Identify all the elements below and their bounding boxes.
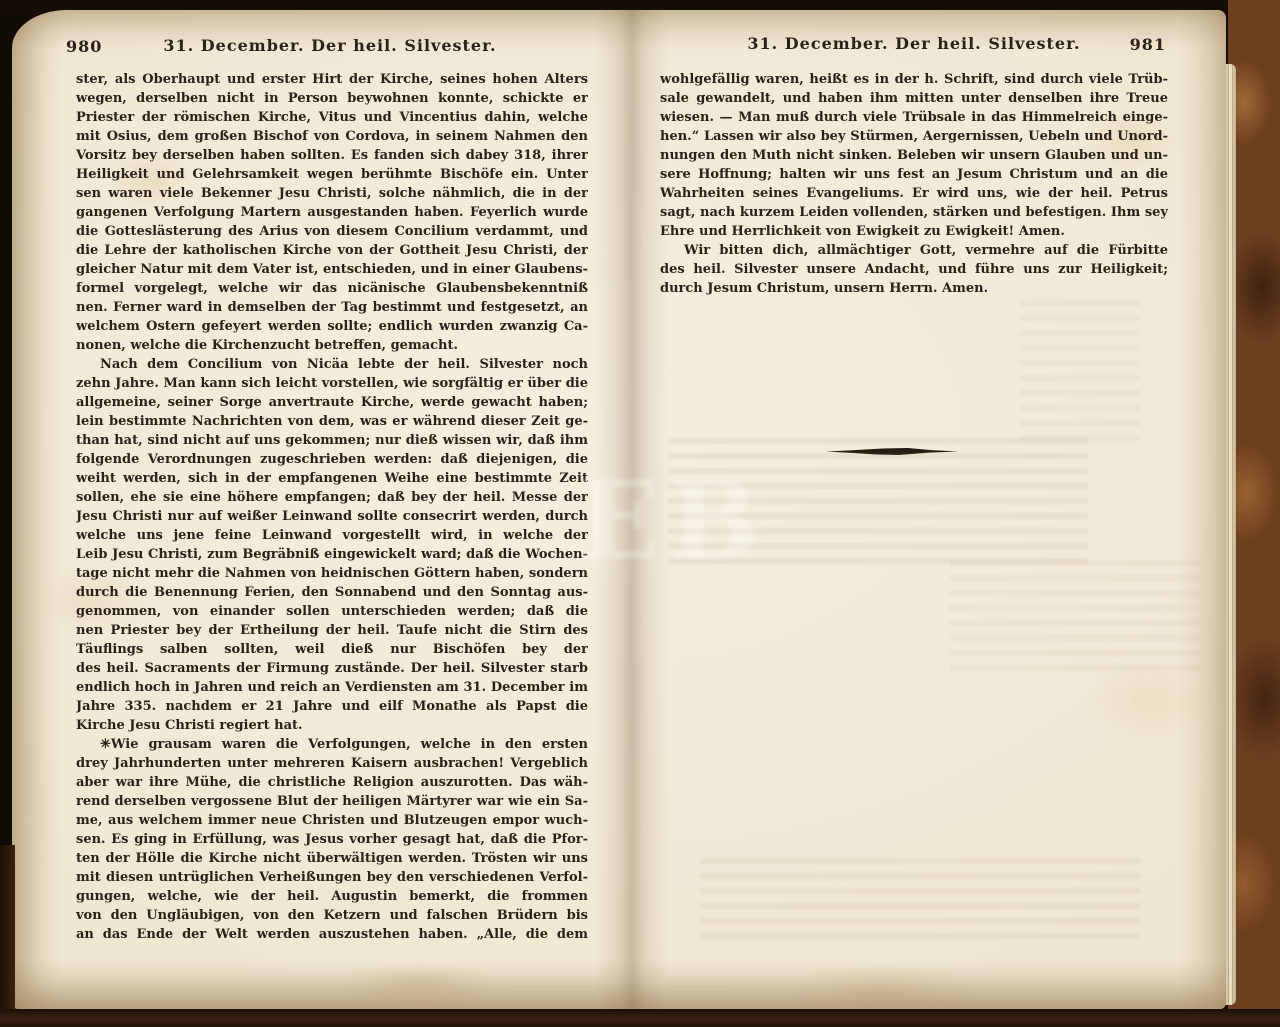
text-line: than hat, sind nicht auf uns gekommen; n… (76, 431, 588, 450)
text-line: mit diesen untrüglichen Verheißungen bey… (76, 868, 588, 887)
text-line: Leib Jesu Christi, zum Begräbniß eingewi… (76, 545, 588, 564)
text-line: nonen, welche die Kirchenzucht betreffen… (76, 336, 588, 355)
left-page-number: 980 (66, 37, 102, 56)
text-line: Heiligkeit und Gelehrsamkeit wegen berüh… (76, 165, 588, 184)
text-line: sagt, nach kurzem Leiden vollenden, stär… (660, 203, 1168, 222)
left-running-title: 31. December. Der heil. Silvester. (70, 36, 590, 55)
text-line: tage nicht mehr die Nahmen von heidnisch… (76, 564, 588, 583)
text-line: folgende Verordnungen zugeschrieben werd… (76, 450, 588, 469)
text-line: ster, als Oberhaupt und erster Hirt der … (76, 70, 588, 89)
text-line: zehn Jahre. Man kann sich leicht vorstel… (76, 374, 588, 393)
text-line: nen Priester bey der Ertheilung der heil… (76, 621, 588, 640)
text-line: wegen, derselben nicht in Person beywohn… (76, 89, 588, 108)
text-line: Wir bitten dich, allmächtiger Gott, verm… (660, 241, 1168, 260)
text-line: lein bestimmte Nachrichten von dem, was … (76, 412, 588, 431)
text-line: drey Jahrhunderten unter mehreren Kaiser… (76, 754, 588, 773)
text-line: formel vorgelegt, welche wir das nicänis… (76, 279, 588, 298)
text-line: gleicher Natur mit dem Vater ist, entsch… (76, 260, 588, 279)
text-line: allgemeine, seiner Sorge anvertraute Kir… (76, 393, 588, 412)
text-line: me, aus welchem immer neue Christen und … (76, 811, 588, 830)
right-page-number: 981 (1130, 35, 1166, 54)
text-line: aber war ihre Mühe, die christliche Reli… (76, 773, 588, 792)
text-line: sen waren viele Bekenner Jesu Christi, s… (76, 184, 588, 203)
text-line: endlich hoch in Jahren und reich an Verd… (76, 678, 588, 697)
text-line: weiht werden, sich in der empfangenen We… (76, 469, 588, 488)
text-line: Nach dem Concilium von Nicäa lebte der h… (76, 355, 588, 374)
text-line: ✳Wie grausam waren die Verfolgungen, wel… (76, 735, 588, 754)
text-line: sere Hoffnung; halten wir uns fest an Je… (660, 165, 1168, 184)
text-line: die Lehre der katholischen Kirche von de… (76, 241, 588, 260)
right-page-head: 31. December. Der heil. Silvester. 981 (660, 34, 1168, 58)
text-line: nungen den Muth nicht sinken. Beleben wi… (660, 146, 1168, 165)
text-line: wohlgefällig waren, heißt es in der h. S… (660, 70, 1168, 89)
text-line: durch Jesum Christum, unsern Herrn. Amen… (660, 279, 1168, 298)
text-line: Vorsitz bey derselben haben sollten. Es … (76, 146, 588, 165)
text-line: genommen, von einander sollen unterschie… (76, 602, 588, 621)
photo-background-bottom (0, 1009, 1280, 1027)
left-page-head: 980 31. December. Der heil. Silvester. (70, 36, 590, 60)
leather-cover-left (0, 845, 15, 1013)
text-line: ten der Hölle die Kirche nicht überwälti… (76, 849, 588, 868)
text-line: sollen, ehe sie eine höhere empfangen; d… (76, 488, 588, 507)
text-line: sale gewandelt, und haben ihm mitten unt… (660, 89, 1168, 108)
text-line: Jahre 335. nachdem er 21 Jahre und eilf … (76, 697, 588, 716)
text-line: rend derselben vergossene Blut der heili… (76, 792, 588, 811)
text-line: wiesen. — Man muß durch viele Trübsale i… (660, 108, 1168, 127)
text-line: Jesu Christi nur auf weißer Leinwand sol… (76, 507, 588, 526)
text-line: durch die Benennung Ferien, den Sonnaben… (76, 583, 588, 602)
book-photo: 980 31. December. Der heil. Silvester. s… (0, 0, 1280, 1027)
text-line: gangenen Verfolgung Martern ausgestanden… (76, 203, 588, 222)
right-page-text: wohlgefällig waren, heißt es in der h. S… (660, 70, 1168, 298)
left-page-text: ster, als Oberhaupt und erster Hirt der … (76, 70, 588, 944)
text-line: Priester der römischen Kirche, Vitus und… (76, 108, 588, 127)
text-line: sen. Es ging in Erfüllung, was Jesus vor… (76, 830, 588, 849)
text-line: nen. Ferner ward in demselben der Tag be… (76, 298, 588, 317)
text-line: an das Ende der Welt werden auszustehen … (76, 925, 588, 944)
right-running-title: 31. December. Der heil. Silvester. (660, 34, 1168, 53)
text-line: des heil. Sacraments der Firmung zuständ… (76, 659, 588, 678)
text-line: die Gotteslästerung des Arius von diesem… (76, 222, 588, 241)
text-line: Täuflings salben sollten, weil dieß nur … (76, 640, 588, 659)
text-line: des heil. Silvester unsere Andacht, und … (660, 260, 1168, 279)
text-line: von den Ungläubigen, von den Ketzern und… (76, 906, 588, 925)
text-line: Ehre und Herrlichkeit von Ewigkeit zu Ew… (660, 222, 1168, 241)
text-line: welche uns jene feine Leinwand vorgestel… (76, 526, 588, 545)
text-line: welchem Ostern gefeyert werden sollte; e… (76, 317, 588, 336)
text-line: mit Osius, dem großen Bischof von Cordov… (76, 127, 588, 146)
text-line: hen.“ Lassen wir also bey Stürmen, Aerge… (660, 127, 1168, 146)
text-line: gungen, welche, wie der heil. Augustin b… (76, 887, 588, 906)
text-line: Wahrheiten seines Evangeliums. Er wird u… (660, 184, 1168, 203)
text-line: Kirche Jesu Christi regiert hat. (76, 716, 588, 735)
